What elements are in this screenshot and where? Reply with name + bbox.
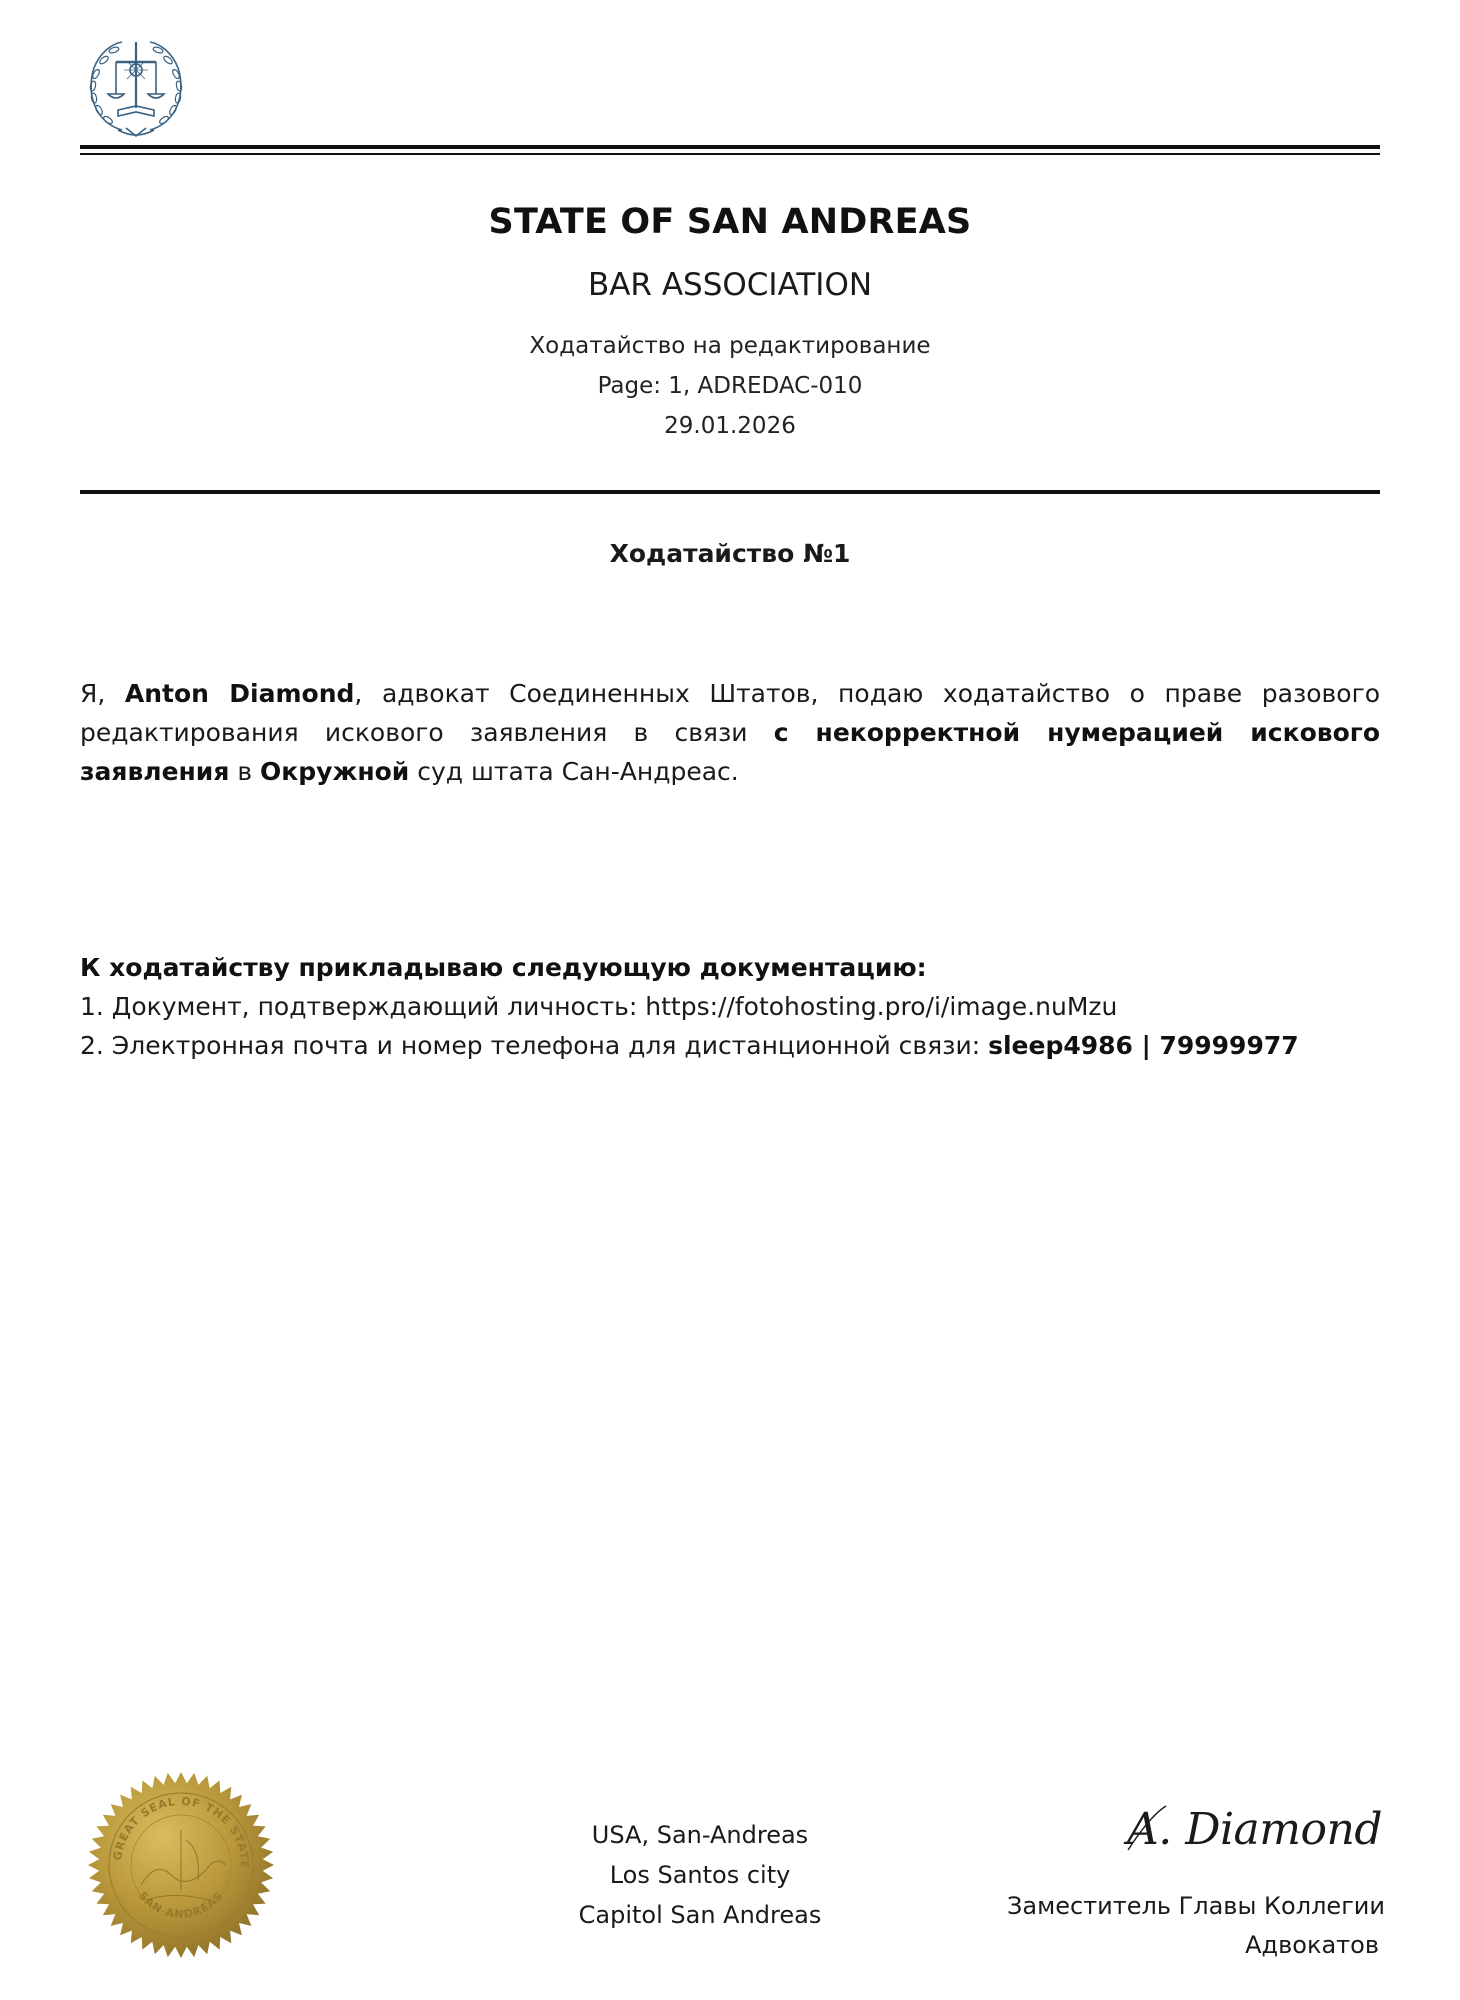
attorney-name: Anton Diamond <box>125 679 355 708</box>
attachments-heading: К ходатайству прикладываю следующую доку… <box>80 948 1380 987</box>
signer-title-line1: Заместитель Главы Коллегии <box>1007 1892 1385 1920</box>
attachment-item: 1. Документ, подтверждающий личность: ht… <box>80 987 1380 1026</box>
section-divider <box>80 490 1380 494</box>
attachment-label: 1. Документ, подтверждающий личность: <box>80 992 645 1021</box>
header-divider-thick <box>80 145 1380 149</box>
court-name: Окружной <box>260 757 409 786</box>
attachments-section: К ходатайству прикладываю следующую доку… <box>80 948 1380 1065</box>
identity-document-link[interactable]: https://fotohosting.pro/i/image.nuMzu <box>645 992 1117 1021</box>
document-type: Ходатайство на редактирование <box>80 326 1380 366</box>
page-reference: Page: 1, ADREDAC-010 <box>80 366 1380 406</box>
document-meta: Ходатайство на редактирование Page: 1, A… <box>80 326 1380 446</box>
signature-text: A. Diamond <box>1123 1804 1382 1855</box>
address-line: Capitol San Andreas <box>540 1895 860 1935</box>
office-address: USA, San-Andreas Los Santos city Capitol… <box>540 1815 860 1935</box>
motion-title: Ходатайство №1 <box>80 536 1380 572</box>
signature: A. Diamond <box>1120 1796 1390 1866</box>
association-title: BAR ASSOCIATION <box>80 262 1380 308</box>
body-suffix: суд штата Сан-Андреас. <box>409 757 738 786</box>
bar-association-emblem-icon <box>82 30 190 142</box>
signer-title-line2: Адвокатов <box>990 1926 1385 1965</box>
header-divider-thin <box>80 153 1380 155</box>
gold-state-seal-icon: THE GREAT SEAL OF THE STATE OF SAN ANDRE… <box>86 1770 276 1960</box>
motion-body: Я, Anton Diamond, адвокат Соединенных Шт… <box>80 674 1380 791</box>
document-header: STATE OF SAN ANDREAS BAR ASSOCIATION Ход… <box>80 196 1380 446</box>
body-in: в <box>229 757 260 786</box>
address-line: Los Santos city <box>540 1855 860 1895</box>
body-prefix: Я, <box>80 679 125 708</box>
state-title: STATE OF SAN ANDREAS <box>80 196 1380 248</box>
attachment-item: 2. Электронная почта и номер телефона дл… <box>80 1026 1380 1065</box>
signer-title: Заместитель Главы Коллегии Адвокатов <box>990 1887 1385 1965</box>
contact-details: sleep4986 | 79999977 <box>988 1031 1299 1060</box>
document-date: 29.01.2026 <box>80 406 1380 446</box>
address-line: USA, San-Andreas <box>540 1815 860 1855</box>
attachment-label: 2. Электронная почта и номер телефона дл… <box>80 1031 988 1060</box>
